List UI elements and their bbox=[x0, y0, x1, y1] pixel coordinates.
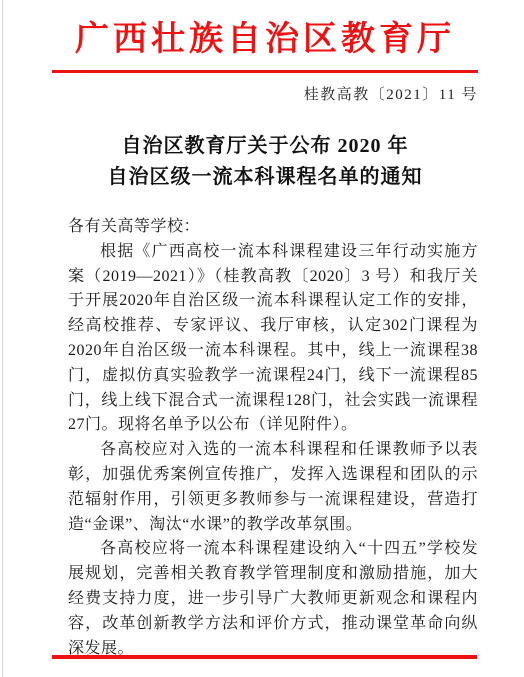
page-edge-line bbox=[2, 0, 3, 677]
notice-title: 自治区教育厅关于公布 2020 年 自治区级一流本科课程名单的通知 bbox=[52, 131, 478, 193]
footer-divider bbox=[52, 655, 477, 659]
body-paragraph-3: 各高校应将一流本科课程建设纳入“十四五”学校发展规划，完善相关教育教学管理制度和… bbox=[68, 537, 478, 661]
doc-number: 桂教高教〔2021〕11 号 bbox=[52, 86, 478, 105]
body-paragraph-2: 各高校应对入选的一流本科课程和任课教师予以表彰，加强优秀案例宣传推广，发挥入选课… bbox=[68, 438, 478, 537]
notice-title-line2: 自治区级一流本科课程名单的通知 bbox=[52, 162, 478, 193]
page-content: 广西壮族自治区教育厅 桂教高教〔2021〕11 号 自治区教育厅关于公布 202… bbox=[0, 0, 524, 661]
notice-title-line1: 自治区教育厅关于公布 2020 年 bbox=[52, 131, 478, 162]
letterhead: 广西壮族自治区教育厅 桂教高教〔2021〕11 号 bbox=[52, 0, 478, 105]
agency-name: 广西壮族自治区教育厅 bbox=[52, 0, 478, 59]
notice-body: 各有关高等学校： 根据《广西高校一流本科课程建设三年行动实施方案（2019—20… bbox=[52, 215, 478, 661]
document-page: 广西壮族自治区教育厅 桂教高教〔2021〕11 号 自治区教育厅关于公布 202… bbox=[0, 0, 524, 677]
header-divider bbox=[52, 70, 478, 73]
salutation: 各有关高等学校： bbox=[68, 215, 478, 240]
body-paragraph-1: 根据《广西高校一流本科课程建设三年行动实施方案（2019—2021）》（桂教高教… bbox=[68, 240, 478, 438]
